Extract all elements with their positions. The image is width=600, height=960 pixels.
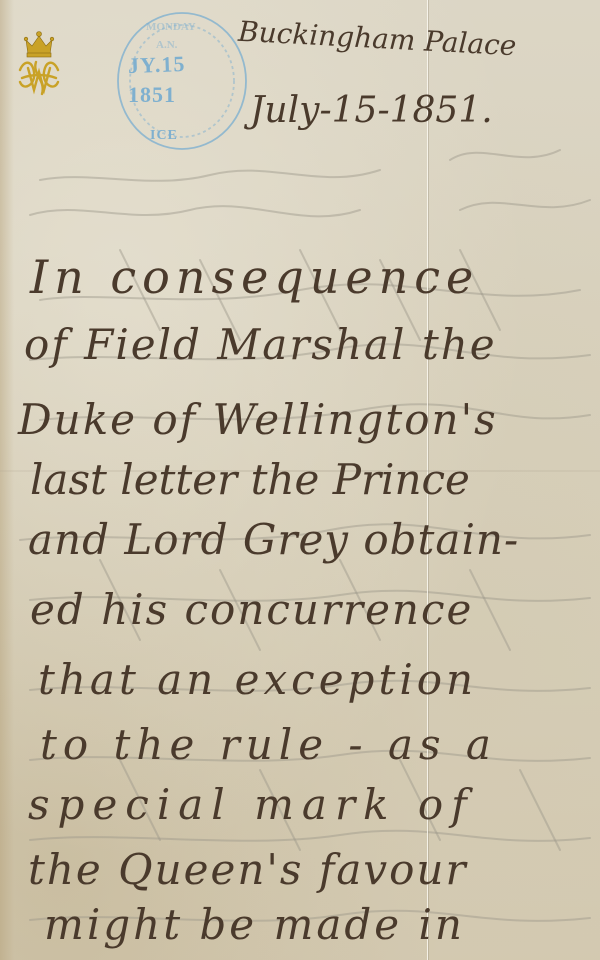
crowned-royal-monogram-icon: [14, 30, 64, 98]
svg-text:MONDAY: MONDAY: [146, 21, 196, 33]
postmark-date: JY.15: [128, 51, 186, 79]
body-line-5: and Lord Grey obtain-: [28, 515, 519, 564]
postmark-year: 1851: [128, 82, 176, 108]
postmark-stamp: MONDAY A.N.: [112, 8, 252, 154]
letter-address: Buckingham Palace: [237, 15, 517, 63]
letter-date: July-15-1851.: [250, 90, 493, 131]
body-line-3: Duke of Wellington's: [18, 395, 498, 444]
body-line-6: ed his concurrence: [30, 585, 473, 634]
postmark-office: ICE: [150, 128, 178, 144]
paper-edge-stain: [0, 0, 14, 960]
body-line-7: that an exception: [38, 655, 477, 704]
svg-text:A.N.: A.N.: [156, 39, 178, 51]
body-line-11: might be made in: [44, 900, 465, 949]
letter-page: MONDAY A.N. JY.15 1851 ICE Buckingham Pa…: [0, 0, 600, 960]
body-line-9: special mark of: [28, 780, 475, 829]
body-line-4: last letter the Prince: [30, 455, 470, 504]
body-line-8: to the rule - as a: [40, 720, 497, 769]
body-line-10: the Queen's favour: [28, 845, 468, 894]
body-line-2: of Field Marshal the: [24, 320, 497, 369]
body-line-1: In consequence: [30, 250, 479, 304]
